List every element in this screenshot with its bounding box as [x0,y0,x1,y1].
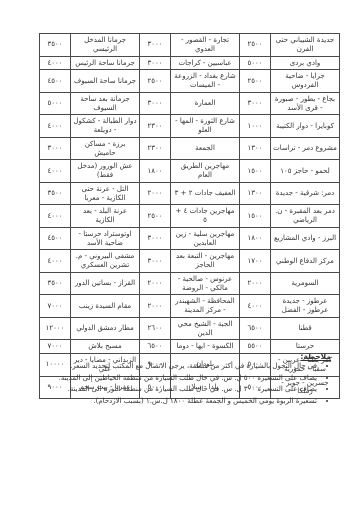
fare-cell: ٣٠٠٠ [140,56,171,70]
fare-cell: ١٧٠٠ [240,250,271,273]
scanned-fare-document: جديدة الشيباني حتى الفرن٢٥٠٠تجارة - القص… [0,0,361,512]
fare-cell: ٣٥٠٠ [40,272,71,295]
fare-cell: ٣٠٠٠ [140,34,171,57]
fare-cell: ٤٠٠٠ [40,250,71,273]
fare-cell: ٣٠٠٠ [40,137,71,160]
destination-cell: التل - عرنة حتى الكازية - معربا [71,182,140,205]
destination-cell: مطار دمشق الدولي [71,317,140,340]
destination-cell: مشروع دمر - تراسات [271,137,340,160]
destination-cell: قطنا [271,317,340,340]
table-row: مشروع دمر - تراسات١٣٠٠الجمعة٢٣٠٠برزة - م… [40,137,340,160]
destination-cell: تجارة - القصور - العدوي [171,34,240,57]
fare-cell: ٤٠٠٠ [240,295,271,318]
fare-cell: ٢٠٠٠ [140,182,171,205]
fare-cell: ٣٥٠٠ [40,182,71,205]
fare-cell: ٧٠٠٠ [40,295,71,318]
fare-cell: ٢٥٠٠ [140,205,171,228]
destination-cell: عش الورور (مدخل فقط) [71,160,140,183]
note-item: يضاف على التسعيرة ٥٠٠ ل. س. في حال طلب ا… [18,374,317,383]
fare-cell: ٢٦٠٠ [140,317,171,340]
destination-cell: اوتوستراد حرستا - ضاحية الأسد [71,227,140,250]
destination-cell: وادي بردى [271,56,340,70]
destination-cell: لحمو - حاجز ١٠٥ [271,160,340,183]
table-row: كوبايرا - دوار الكتيبة١٠٠٠شارع الثورة - … [40,115,340,138]
destination-cell: العفيف جادات ٢ + ٣ [171,182,240,205]
destination-cell: عرنة البلد - بعد الكازية [71,205,140,228]
destination-cell: شارع الثورة - المها - العلو [171,115,240,138]
fare-cell: ٤٠٠٠ [40,56,71,70]
fare-cell: ٤٥٠٠ [40,227,71,250]
notes-heading: ملاحظة: [18,352,331,361]
table-row: السومرية٢٠٠٠عرنوس - صالحية - مالكي - الر… [40,272,340,295]
table-row: جديدة الشيباني حتى الفرن٢٥٠٠تجارة - القص… [40,34,340,57]
destination-cell: البرز - وادي المشاريع [271,227,340,250]
destination-cell: جرمانا ساحة الرئيس [71,56,140,70]
destination-cell: مهاجرين جادات ٤ + ٥ [171,205,240,228]
table-row: البرز - وادي المشاريع١٨٠٠مهاجرين سلية - … [40,227,340,250]
destination-cell: عرطوز - جديدة عرطوز - الفضل [271,295,340,318]
table-row: دمر: شرقية - جديدة١٣٠٠العفيف جادات ٢ + ٣… [40,182,340,205]
fare-cell: ٤٥٠٠ [40,70,71,93]
destination-cell: القزاز - بساتين الدور [71,272,140,295]
destination-cell: برزة - مساكن حاميش [71,137,140,160]
fare-cell: ١٥٠٠ [240,160,271,183]
note-item: في حال التجول بالسيارة في أكثر من منطقة،… [18,362,317,371]
destination-cell: جرايا - ضاحية الفردوس [271,70,340,93]
destination-cell: دوار الطبالة - كشكول - دويلعة [71,115,140,138]
destination-cell: مهاجرين - التبعة بعد الحاجز [171,250,240,273]
table-row: وادي بردى٥٠٠٠عباسيين - كراجات٣٠٠٠جرمانا … [40,56,340,70]
table-row: مركز الدفاع الوطني١٧٠٠مهاجرين - التبعة ب… [40,250,340,273]
fare-cell: ٤٠٠٠ [40,205,71,228]
fare-table: جديدة الشيباني حتى الفرن٢٥٠٠تجارة - القص… [39,33,340,399]
fare-cell: ٣٠٠٠ [140,92,171,115]
table-row: دمر بعد المقبرة - ن. الرياضي١٥٠٠مهاجرين … [40,205,340,228]
destination-cell: جرمانة بعد ساحة السيوف [71,92,140,115]
fare-cell: ٥٠٠٠ [40,92,71,115]
fare-cell: ١٥٠٠ [240,205,271,228]
destination-cell: مهاجرين الطريق العام [171,160,240,183]
destination-cell: جرمانا ساحة السيوف [71,70,140,93]
destination-cell: بجاع - يطور - صبورة - قرى الأسد [271,92,340,115]
notes-list: في حال التجول بالسيارة في أكثر من منطقة،… [18,362,331,406]
table-row: لحمو - حاجز ١٠٥١٥٠٠مهاجرين الطريق العام١… [40,160,340,183]
fare-cell: ٢٣٠٠ [140,137,171,160]
destination-cell: السومرية [271,272,340,295]
note-item: تسعيرة الربوة يومي الخميس و الجمعة عطلة … [18,397,317,406]
fare-cell: ٢٠٠٠ [140,295,171,318]
fare-cell: ٥٠٠٠ [240,56,271,70]
destination-cell: مقام السيدة زينب [71,295,140,318]
fare-cell: ١٨٠٠ [140,160,171,183]
fare-cell: ٣٠٠٠ [240,92,271,115]
fare-cell: ٢٣٠٠ [140,115,171,138]
destination-cell: مشفى البيروني - م. تشرين العسكري [71,250,140,273]
fare-cell: ٣٠٠٠ [140,227,171,250]
note-item: يضاف على التسعيرة ٣٠٠ ل. س. في حال طلب ا… [18,385,317,394]
destination-cell: جرمانا المدخل الرئيسي [71,34,140,57]
destination-cell: العمارة [171,92,240,115]
fare-cell: ٢٥٠٠ [240,70,271,93]
table-row: عرطوز - جديدة عرطوز - الفضل٤٠٠٠المحافظة … [40,295,340,318]
fare-cell: ٣٠٠٠ [140,250,171,273]
fare-cell: ١٣٠٠ [240,182,271,205]
destination-cell: الجبة - الشيخ محي الدين [171,317,240,340]
fare-cell: ٢٠٠٠ [140,272,171,295]
fare-cell: ٢٥٠٠ [140,70,171,93]
destination-cell: كوبايرا - دوار الكتيبة [271,115,340,138]
destination-cell: عرنوس - صالحية - مالكي - الروضة [171,272,240,295]
notes-section: ملاحظة: في حال التجول بالسيارة في أكثر م… [18,352,331,408]
fare-cell: ٢٥٠٠ [240,34,271,57]
destination-cell: شارع بغداد - الزروعة - الميسات [171,70,240,93]
fare-cell: ٢٠٠٠ [240,272,271,295]
fare-cell: ٤٠٠٠ [40,115,71,138]
destination-cell: دمر: شرقية - جديدة [271,182,340,205]
fare-cell: ٤٠٠٠ [40,160,71,183]
destination-cell: الجمعة [171,137,240,160]
destination-cell: جديدة الشيباني حتى الفرن [271,34,340,57]
fare-cell: ١٠٠٠ [240,115,271,138]
fare-cell: ١٣٠٠ [240,137,271,160]
fare-cell: ١٢٠٠٠ [40,317,71,340]
table-row: قطنا٦٥٠٠الجبة - الشيخ محي الدين٢٦٠٠مطار … [40,317,340,340]
destination-cell: مهاجرين سلية - زين العابدين [171,227,240,250]
table-row: جرايا - ضاحية الفردوس٢٥٠٠شارع بغداد - ال… [40,70,340,93]
destination-cell: مركز الدفاع الوطني [271,250,340,273]
table-row: بجاع - يطور - صبورة - قرى الأسد٣٠٠٠العما… [40,92,340,115]
destination-cell: المحافظة - الشهبندر - مركز المدينة [171,295,240,318]
destination-cell: دمر بعد المقبرة - ن. الرياضي [271,205,340,228]
fare-table-body: جديدة الشيباني حتى الفرن٢٥٠٠تجارة - القص… [40,34,340,399]
fare-cell: ١٨٠٠ [240,227,271,250]
fare-cell: ٣٥٠٠ [40,34,71,57]
fare-cell: ٦٥٠٠ [240,317,271,340]
destination-cell: عباسيين - كراجات [171,56,240,70]
